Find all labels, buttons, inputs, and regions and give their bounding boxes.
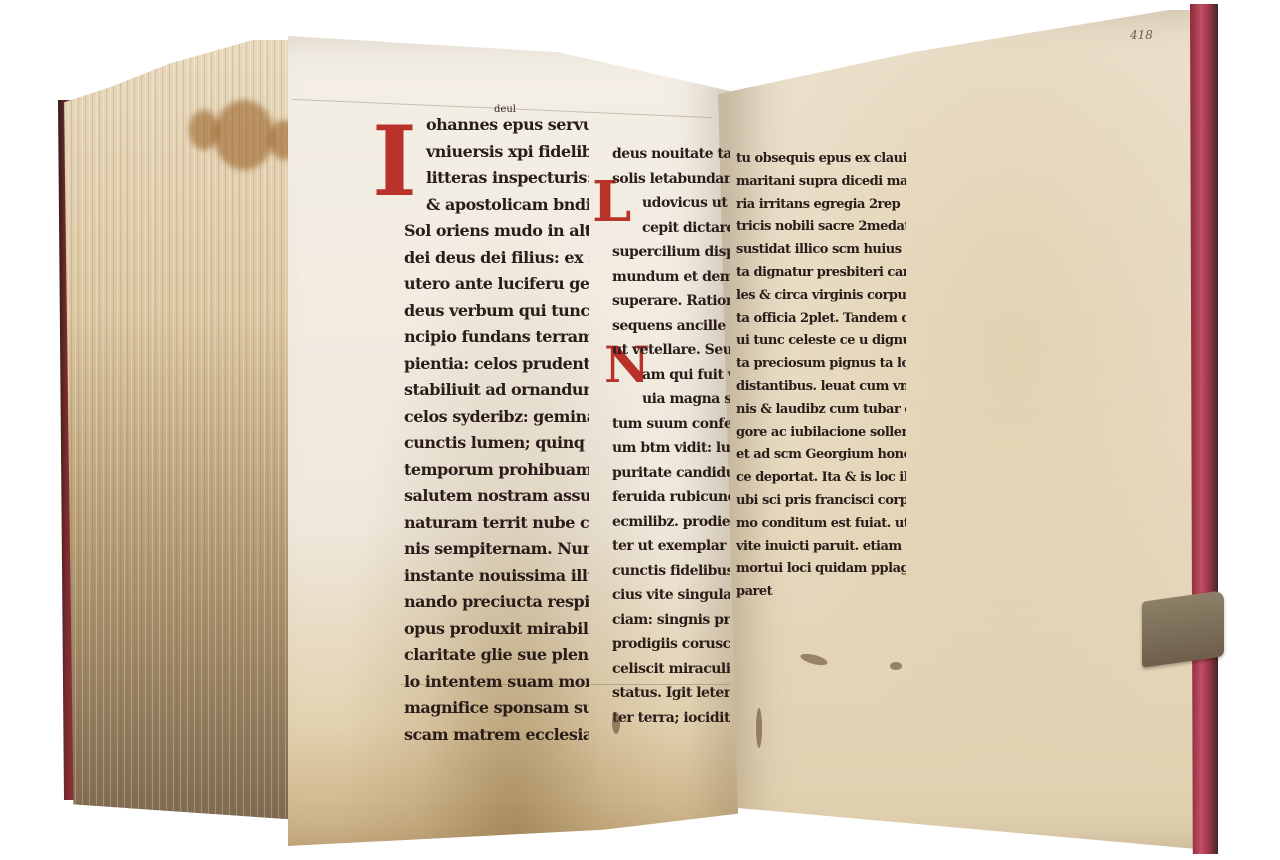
text-line: prodigiis coruscantibus xyxy=(612,632,730,657)
text-line: cunctis lumen; quinq istic xyxy=(404,430,589,457)
text-line: tu obsequis epus ex clauitate xyxy=(736,148,906,171)
text-line: deus nouitate tam clar xyxy=(612,142,730,167)
water-stain xyxy=(214,100,274,170)
text-line: uia magna solus xyxy=(612,387,730,412)
text-line: deus verbum qui tunc in pri xyxy=(404,298,589,325)
text-line: et ad scm Georgium honorifi xyxy=(736,444,906,467)
text-line: les & circa virginis corpus soli xyxy=(736,285,906,308)
ink-blot xyxy=(612,712,620,734)
text-line: utero ante luciferu genitus xyxy=(404,271,589,298)
page-block-fore-edge xyxy=(64,40,300,820)
text-line: nis & laudibz cum tubar cla xyxy=(736,399,906,422)
text-line: lo intentem suam monstrat xyxy=(404,669,589,696)
text-line: supercilium disposuit fera xyxy=(612,240,730,265)
text-line: dei deus dei filius: ex suo xyxy=(404,245,589,272)
text-line: cunctis fidelibus imit xyxy=(612,559,730,584)
text-line: superare. Rationis igni xyxy=(612,289,730,314)
text-line: paret xyxy=(736,581,906,604)
text-line: salutem nostram assumendo xyxy=(404,483,589,510)
text-line: maritani supra dicedi ma xyxy=(736,171,906,194)
text-line: pientia: celos prudentia xyxy=(404,351,589,378)
text-line: ut vetellare. Seu xyxy=(612,338,730,363)
text-line: ta preciosum pignus ta longe xyxy=(736,353,906,376)
text-line: ta dignatur presbiteri cardina xyxy=(736,262,906,285)
text-line: feruida rubicundum cla xyxy=(612,485,730,510)
right-cover-edge xyxy=(1190,4,1218,854)
text-line: tum suum confessorum xyxy=(612,412,730,437)
text-line: ecmilibz. prodierit xyxy=(612,510,730,535)
text-line: ciam: singnis probans xyxy=(612,608,730,633)
text-line: litteras inspecturis: salutem xyxy=(404,165,589,192)
text-line: tricis nobili sacre 2medat xyxy=(736,216,906,239)
text-line: vniuersis xpi fidelibz presentes xyxy=(404,139,589,166)
text-line: sequens ancille filium xyxy=(612,314,730,339)
text-line: mundum et demonium vi xyxy=(612,265,730,290)
text-line: mortui loci quidam pplagio xyxy=(736,558,906,581)
text-line: ubi sci pris francisci corpus pri xyxy=(736,490,906,513)
text-line: puritate candidum carn xyxy=(612,461,730,486)
text-line: status. Igit letere xyxy=(612,681,730,706)
text-line: ter ut exemplar xyxy=(612,534,730,559)
text-line: udovicus ut dominus xyxy=(612,191,730,216)
text-line: celos syderibz: geminauit; xyxy=(404,404,589,431)
text-column-c: tu obsequis epus ex clauitate maritani s… xyxy=(736,148,906,604)
manuscript-photo: 418 deul I L N ohannes epus servus dei; … xyxy=(0,0,1280,860)
text-line: ter terra; iocidit par xyxy=(612,706,730,731)
text-line: & apostolicam bndictione. xyxy=(404,192,589,219)
text-line: mo conditum est fuiat. ut q iuam xyxy=(736,513,906,536)
text-line: sustidat illico scm huius deuo xyxy=(736,239,906,262)
text-column-b: deus nouitate tam clar solis letabundam.… xyxy=(612,142,730,730)
text-column-a: ohannes epus servus dei; vniuersis xpi f… xyxy=(404,112,589,748)
text-line: um btm vidit: ludovic xyxy=(612,436,730,461)
text-line: solis letabundam. xyxy=(612,167,730,192)
ink-blot xyxy=(756,708,762,748)
clasp-strap xyxy=(1142,590,1224,668)
ink-blot xyxy=(890,662,902,670)
text-line: ria irritans egregia 2rep xyxy=(736,194,906,217)
text-line: gore ac iubilacione sollempni xyxy=(736,422,906,445)
text-line: am qui fuit vera xyxy=(612,363,730,388)
text-line: claritate glie sue plenum. xyxy=(404,642,589,669)
text-line: opus produxit mirabile xyxy=(404,616,589,643)
text-line: Sol oriens mudo in altissis xyxy=(404,218,589,245)
text-line: cepit dictare carnis xyxy=(612,216,730,241)
text-line: scam matrem ecclesiam vo xyxy=(404,722,589,749)
text-line: ncipio fundans terram in sa xyxy=(404,324,589,351)
text-line: distantibus. leuat cum vm xyxy=(736,376,906,399)
text-line: naturam territ nube car xyxy=(404,510,589,537)
text-line: ta officia 2plet. Tandem q xyxy=(736,308,906,331)
folio-number: 418 xyxy=(1130,28,1153,42)
text-line: ohannes epus servus dei; xyxy=(404,112,589,139)
water-stain xyxy=(189,110,219,150)
text-line: ce deportat. Ita & is loc ille c xyxy=(736,467,906,490)
text-line: nis sempiternam. Nunc hora xyxy=(404,536,589,563)
text-line: magnifice sponsam suam xyxy=(404,695,589,722)
text-line: instante nouissima illu xyxy=(404,563,589,590)
text-line: ui tunc celeste ce u dignum ut xyxy=(736,330,906,353)
text-line: cius vite singularis xyxy=(612,583,730,608)
text-line: stabiliuit ad ornandum xyxy=(404,377,589,404)
text-line: celiscit miraculis xyxy=(612,657,730,682)
text-line: vite inuicti paruit. etiam xyxy=(736,536,906,559)
text-line: temporum prohibuam gentis xyxy=(404,457,589,484)
text-line: nando preciucta respiciens xyxy=(404,589,589,616)
